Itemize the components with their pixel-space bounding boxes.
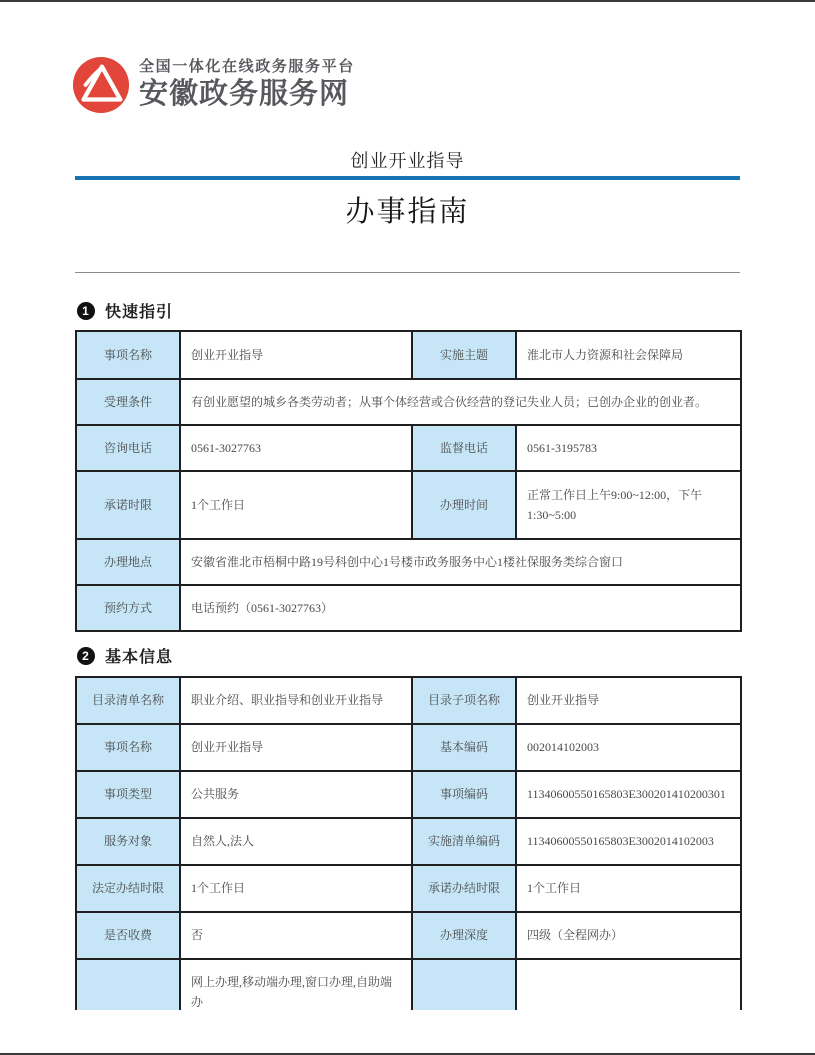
field-value: 否 bbox=[180, 912, 412, 959]
field-label: 事项名称 bbox=[76, 724, 180, 771]
quick-guide-table: 事项名称 创业开业指导 实施主题 淮北市人力资源和社会保障局 受理条件 有创业愿… bbox=[75, 330, 742, 632]
service-guide-page: { "logo": { "icon": "anhui-gov-logo-icon… bbox=[0, 0, 815, 1055]
platform-name: 全国一体化在线政务服务平台 bbox=[139, 59, 355, 76]
field-label: 咨询电话 bbox=[76, 425, 180, 471]
field-value: 安徽省淮北市梧桐中路19号科创中心1号楼市政务服务中心1楼社保服务类综合窗口 bbox=[180, 539, 741, 585]
field-value: 11340600550165803E3002014102003 bbox=[516, 818, 741, 865]
section-title: 快速指引 bbox=[105, 299, 173, 322]
table-row: 服务对象 自然人,法人 实施清单编码 11340600550165803E300… bbox=[76, 818, 741, 865]
field-value: 11340600550165803E300201410200301 bbox=[516, 771, 741, 818]
table-row: 咨询电话 0561-3027763 监督电话 0561-3195783 bbox=[76, 425, 741, 471]
field-label: 目录子项名称 bbox=[412, 677, 516, 724]
field-value: 有创业愿望的城乡各类劳动者；从事个体经营或合伙经营的登记失业人员；已创办企业的创… bbox=[180, 379, 741, 425]
field-value: 正常工作日上午9:00~12:00，下午1:30~5:00 bbox=[516, 471, 741, 539]
table-row: 是否收费 否 办理深度 四级（全程网办） bbox=[76, 912, 741, 959]
table-row: 承诺时限 1个工作日 办理时间 正常工作日上午9:00~12:00，下午1:30… bbox=[76, 471, 741, 539]
field-value: 电话预约（0561-3027763） bbox=[180, 585, 741, 631]
field-label bbox=[412, 959, 516, 1010]
field-label: 预约方式 bbox=[76, 585, 180, 631]
basic-info-table-clip: 目录清单名称 职业介绍、职业指导和创业开业指导 目录子项名称 创业开业指导 事项… bbox=[75, 676, 744, 1010]
field-value: 创业开业指导 bbox=[180, 331, 412, 379]
field-label: 办理深度 bbox=[412, 912, 516, 959]
field-value: 1个工作日 bbox=[180, 865, 412, 912]
field-label bbox=[76, 959, 180, 1010]
table-row: 受理条件 有创业愿望的城乡各类劳动者；从事个体经营或合伙经营的登记失业人员；已创… bbox=[76, 379, 741, 425]
site-logo-text: 全国一体化在线政务服务平台 安徽政务服务网 bbox=[139, 59, 355, 111]
field-value: 创业开业指导 bbox=[180, 724, 412, 771]
table-row: 事项名称 创业开业指导 基本编码 002014102003 bbox=[76, 724, 741, 771]
service-item-title: 创业开业指导 bbox=[75, 147, 740, 173]
field-value: 0561-3195783 bbox=[516, 425, 741, 471]
field-label: 事项类型 bbox=[76, 771, 180, 818]
table-row: 办理地点 安徽省淮北市梧桐中路19号科创中心1号楼市政务服务中心1楼社保服务类综… bbox=[76, 539, 741, 585]
field-value: 公共服务 bbox=[180, 771, 412, 818]
circled-number-2-icon: 2 bbox=[77, 647, 95, 665]
section-header-quick-guide: 1 快速指引 bbox=[77, 299, 173, 322]
field-value: 淮北市人力资源和社会保障局 bbox=[516, 331, 741, 379]
table-row: 网上办理,移动端办理,窗口办理,自助端办 bbox=[76, 959, 741, 1010]
field-label: 承诺时限 bbox=[76, 471, 180, 539]
site-name: 安徽政务服务网 bbox=[139, 78, 355, 111]
blue-divider bbox=[75, 176, 740, 180]
field-value: 四级（全程网办） bbox=[516, 912, 741, 959]
field-label: 受理条件 bbox=[76, 379, 180, 425]
table-row: 预约方式 电话预约（0561-3027763） bbox=[76, 585, 741, 631]
field-value: 网上办理,移动端办理,窗口办理,自助端办 bbox=[180, 959, 412, 1010]
section-header-basic-info: 2 基本信息 bbox=[77, 644, 173, 667]
basic-info-table: 目录清单名称 职业介绍、职业指导和创业开业指导 目录子项名称 创业开业指导 事项… bbox=[75, 676, 742, 1010]
anhui-gov-logo-icon bbox=[72, 56, 130, 114]
table-row: 目录清单名称 职业介绍、职业指导和创业开业指导 目录子项名称 创业开业指导 bbox=[76, 677, 741, 724]
field-value: 1个工作日 bbox=[516, 865, 741, 912]
field-value: 职业介绍、职业指导和创业开业指导 bbox=[180, 677, 412, 724]
field-value: 0561-3027763 bbox=[180, 425, 412, 471]
table-row: 事项名称 创业开业指导 实施主题 淮北市人力资源和社会保障局 bbox=[76, 331, 741, 379]
field-label: 目录清单名称 bbox=[76, 677, 180, 724]
page-title: 办事指南 bbox=[75, 189, 740, 230]
field-label: 基本编码 bbox=[412, 724, 516, 771]
gray-divider bbox=[75, 272, 740, 273]
page-top-border bbox=[0, 0, 815, 2]
field-label: 事项名称 bbox=[76, 331, 180, 379]
site-logo: 全国一体化在线政务服务平台 安徽政务服务网 bbox=[72, 56, 355, 114]
field-value bbox=[516, 959, 741, 1010]
field-value: 1个工作日 bbox=[180, 471, 412, 539]
field-value: 自然人,法人 bbox=[180, 818, 412, 865]
circled-number-1-icon: 1 bbox=[77, 302, 95, 320]
field-label: 是否收费 bbox=[76, 912, 180, 959]
field-value: 创业开业指导 bbox=[516, 677, 741, 724]
field-label: 服务对象 bbox=[76, 818, 180, 865]
field-label: 事项编码 bbox=[412, 771, 516, 818]
field-label: 监督电话 bbox=[412, 425, 516, 471]
field-label: 实施清单编码 bbox=[412, 818, 516, 865]
field-label: 办理地点 bbox=[76, 539, 180, 585]
table-row: 事项类型 公共服务 事项编码 11340600550165803E3002014… bbox=[76, 771, 741, 818]
field-label: 法定办结时限 bbox=[76, 865, 180, 912]
section-title: 基本信息 bbox=[105, 644, 173, 667]
field-label: 办理时间 bbox=[412, 471, 516, 539]
field-label: 承诺办结时限 bbox=[412, 865, 516, 912]
table-row: 法定办结时限 1个工作日 承诺办结时限 1个工作日 bbox=[76, 865, 741, 912]
field-label: 实施主题 bbox=[412, 331, 516, 379]
field-value: 002014102003 bbox=[516, 724, 741, 771]
